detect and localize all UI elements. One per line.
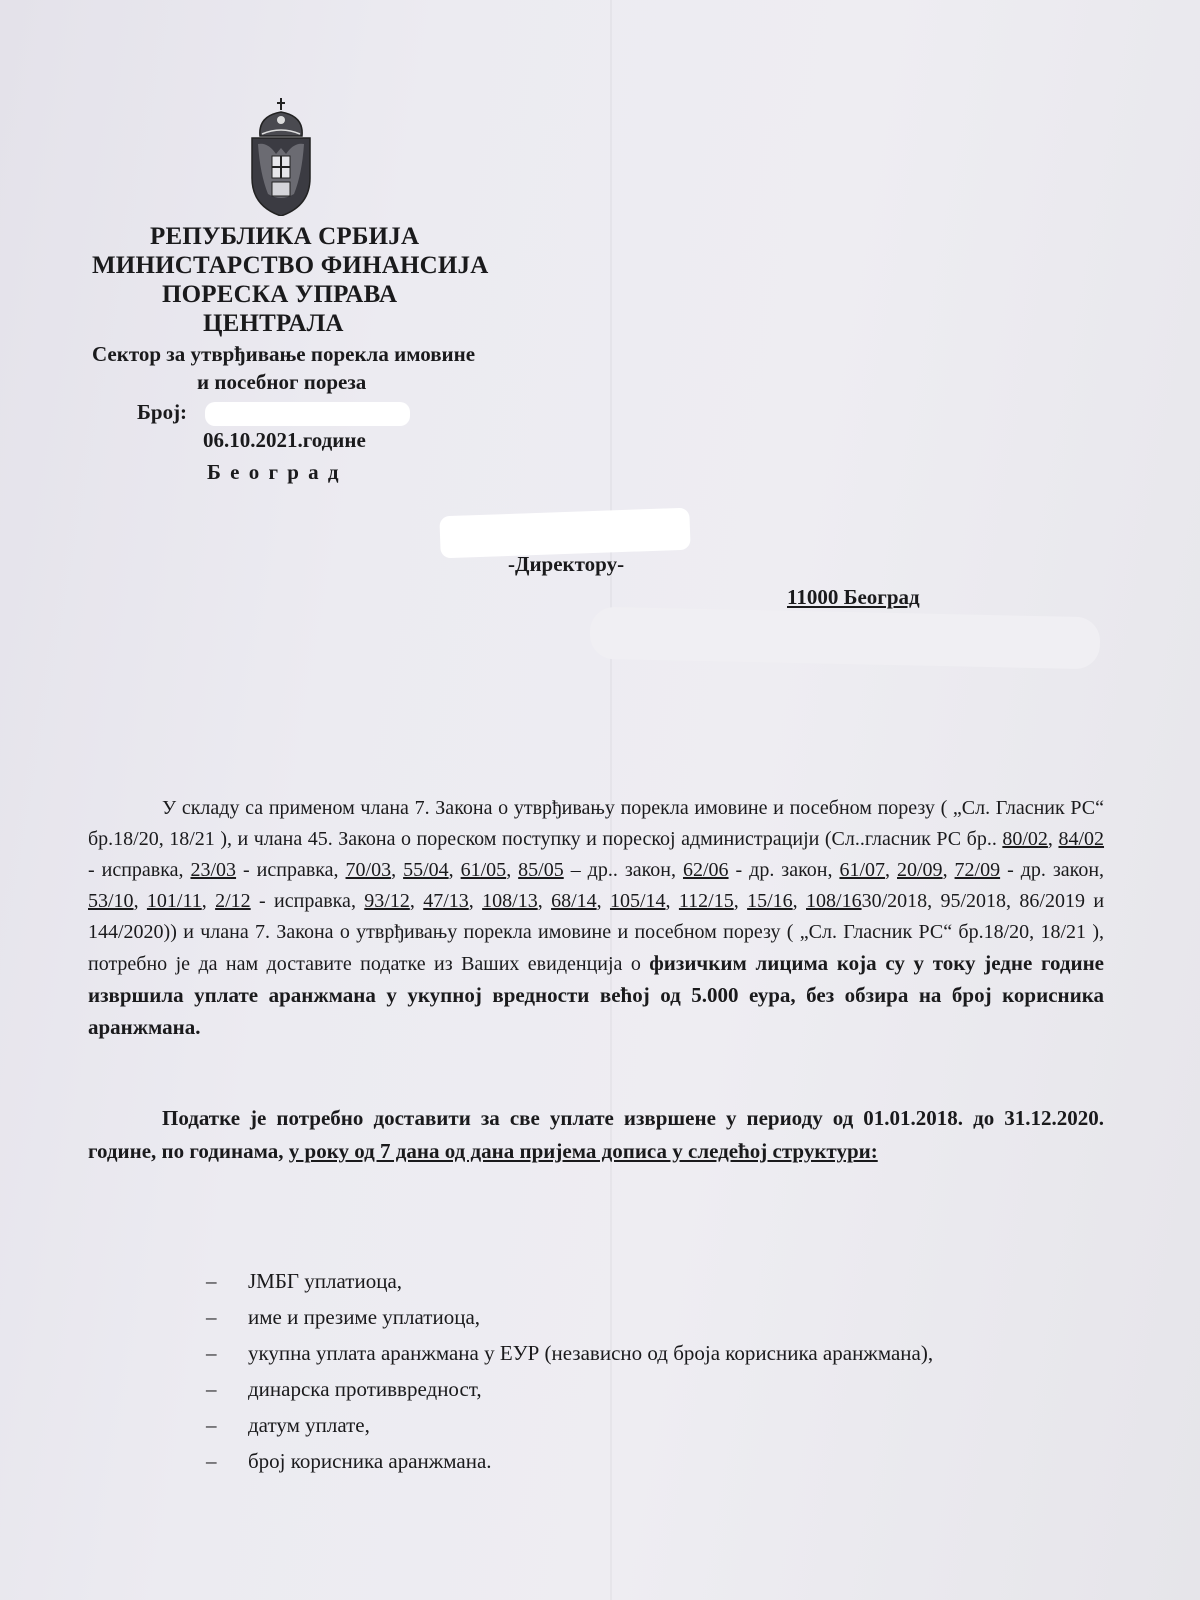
- header-republic: РЕПУБЛИКА СРБИЈА: [150, 223, 419, 251]
- letter-page: РЕПУБЛИКА СРБИЈА МИНИСТАРСТВО ФИНАНСИЈА …: [0, 0, 1200, 1600]
- serbian-coat-of-arms-icon: [248, 98, 314, 216]
- gazette-reference: 20/09: [897, 859, 943, 881]
- recipient-title: -Директору-: [508, 552, 624, 577]
- list-item: укупна уплата аранжмана у ЕУР (независно…: [206, 1335, 1106, 1371]
- gazette-reference: 61/05: [461, 859, 507, 881]
- redacted-document-number: [205, 402, 410, 426]
- body-paragraph-period: Податке је потребно доставити за све упл…: [88, 1102, 1104, 1168]
- gazette-reference: 108/13: [482, 890, 538, 912]
- redacted-recipient-name: [439, 508, 690, 559]
- gazette-reference: 15/16: [747, 890, 793, 912]
- gazette-reference: 93/12: [364, 890, 410, 912]
- header-tax-administration: ПОРЕСКА УПРАВА: [162, 281, 397, 309]
- gazette-reference: 85/05: [518, 859, 564, 881]
- gazette-reference: 105/14: [610, 890, 666, 912]
- list-item: ЈМБГ уплатиоца,: [206, 1263, 1106, 1299]
- gazette-reference: 84/02: [1058, 828, 1104, 850]
- gazette-reference: 53/10: [88, 890, 134, 912]
- gazette-reference: 62/06: [683, 859, 729, 881]
- redacted-recipient-address: [590, 607, 1101, 670]
- gazette-reference: 47/13: [423, 890, 469, 912]
- gazette-reference: 2/12: [215, 890, 251, 912]
- gazette-reference: 112/15: [679, 890, 734, 912]
- list-item: динарска противвредност,: [206, 1371, 1106, 1407]
- deadline-underlined: у року од 7 дана од дана пријема дописа …: [289, 1139, 878, 1163]
- gazette-reference: 101/11: [147, 890, 202, 912]
- list-item: датум уплате,: [206, 1407, 1106, 1443]
- document-number-label: Број:: [137, 400, 187, 425]
- gazette-reference: 61/07: [839, 859, 885, 881]
- required-fields-list: ЈМБГ уплатиоца,име и презиме уплатиоца,у…: [206, 1263, 1106, 1479]
- gazette-reference: 55/04: [403, 859, 449, 881]
- header-central-office: ЦЕНТРАЛА: [203, 310, 344, 338]
- document-city: Б е о г р а д: [207, 460, 341, 485]
- gazette-reference: 80/02: [1002, 828, 1048, 850]
- list-item: број корисника аранжмана.: [206, 1443, 1106, 1479]
- recipient-city: 11000 Београд: [787, 585, 920, 610]
- header-sector-cont: и посебног пореза: [197, 370, 366, 395]
- gazette-reference: 108/16: [806, 890, 862, 912]
- gazette-reference: 68/14: [551, 890, 597, 912]
- header-ministry: МИНИСТАРСТВО ФИНАНСИЈА: [92, 252, 488, 280]
- gazette-reference: 72/09: [955, 859, 1001, 881]
- gazette-reference: 70/03: [346, 859, 392, 881]
- header-sector: Сектор за утврђивање порекла имовине: [92, 342, 475, 367]
- gazette-reference: 23/03: [191, 859, 237, 881]
- list-item: име и презиме уплатиоца,: [206, 1299, 1106, 1335]
- body-paragraph-legal-basis: У складу са применом члана 7. Закона о у…: [88, 793, 1104, 1044]
- document-date: 06.10.2021.године: [203, 428, 366, 453]
